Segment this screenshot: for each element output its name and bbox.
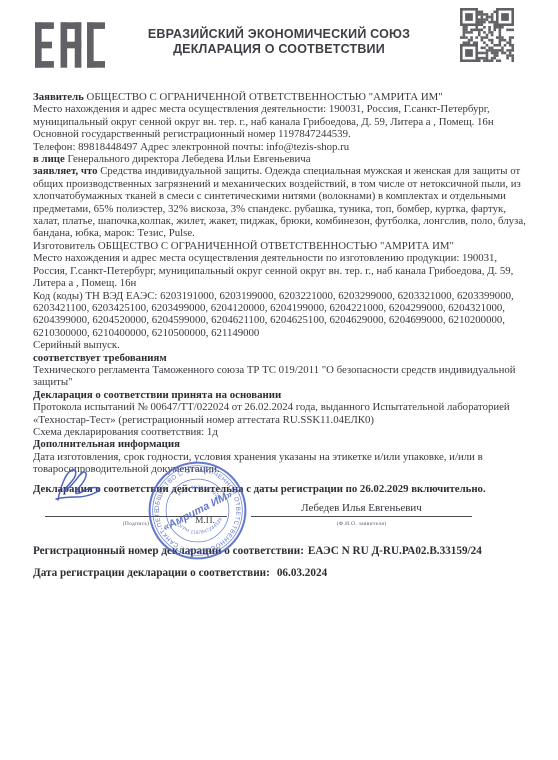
complies-heading: соответствует требованиям	[33, 352, 530, 364]
scheme-line: Схема декларирования соответствия: 1д	[33, 426, 530, 438]
registration-date-value: 06.03.2024	[277, 567, 327, 579]
manufacturer-address: Место нахождения и адрес места осуществл…	[33, 252, 530, 289]
document-title: ДЕКЛАРАЦИЯ О СООТВЕТСТВИИ	[115, 42, 443, 57]
ogrn-line: Основной государственный регистрационный…	[33, 128, 530, 140]
test-protocol-line: Протокола испытаний № 00647/ТТ/022024 от…	[33, 401, 530, 426]
regulation-line: Технического регламента Таможенного союз…	[33, 364, 530, 389]
applicant-label: Заявитель	[33, 91, 84, 103]
declares-label: заявляет, что	[33, 165, 98, 177]
registration-block: Регистрационный номер декларации о соотв…	[33, 545, 530, 579]
applicant-address: Место нахождения и адрес места осуществл…	[33, 103, 530, 128]
manufacturer-line: Изготовитель ОБЩЕСТВО С ОГРАНИЧЕННОЙ ОТВ…	[33, 240, 530, 252]
registration-number-line: Регистрационный номер декларации о соотв…	[33, 545, 530, 557]
registration-number-value: ЕАЭС N RU Д-RU.РА02.В.33159/24	[308, 545, 482, 557]
serial-release-line: Серийный выпуск.	[33, 339, 530, 351]
additional-info-heading: Дополнительная информация	[33, 438, 530, 450]
product-description: заявляет, что Средства индивидуальной за…	[33, 165, 530, 239]
fio-field: Лебедев Илья Евгеньевич (Ф.И.О. заявител…	[251, 502, 472, 531]
qr-code-icon	[460, 8, 514, 67]
declaration-document: ЕВРАЗИЙСКИЙ ЭКОНОМИЧЕСКИЙ СОЮЗ ДЕКЛАРАЦИ…	[0, 0, 558, 760]
eac-mark-icon	[35, 22, 105, 73]
document-header: ЕВРАЗИЙСКИЙ ЭКОНОМИЧЕСКИЙ СОЮЗ ДЕКЛАРАЦИ…	[115, 27, 443, 56]
director-paragraph: в лице Генерального директора Лебедева И…	[33, 153, 530, 165]
handwritten-signature	[46, 466, 124, 508]
tnved-codes: Код (коды) ТН ВЭД ЕАЭС: 6203191000, 6203…	[33, 290, 530, 340]
in-person-label: в лице	[33, 153, 65, 165]
stamp-center-text: «Амрита ИМ»	[161, 488, 234, 533]
contacts-line: Телефон: 89818448497 Адрес электронной п…	[33, 141, 530, 153]
company-stamp: ОБЩЕСТВО С ОГРАНИЧЕННОЙ ОТВЕТСТВЕННОСТЬЮ…	[146, 459, 249, 562]
union-name: ЕВРАЗИЙСКИЙ ЭКОНОМИЧЕСКИЙ СОЮЗ	[115, 27, 443, 42]
applicant-fio: Лебедев Илья Евгеньевич	[251, 502, 472, 516]
basis-heading: Декларация о соответствии принята на осн…	[33, 389, 530, 401]
declaration-body: Заявитель ОБЩЕСТВО С ОГРАНИЧЕННОЙ ОТВЕТС…	[33, 91, 530, 588]
applicant-paragraph: Заявитель ОБЩЕСТВО С ОГРАНИЧЕННОЙ ОТВЕТС…	[33, 91, 530, 103]
registration-date-label: Дата регистрации декларации о соответств…	[33, 567, 270, 579]
fio-caption: (Ф.И.О. заявителя)	[251, 517, 472, 530]
registration-date-line: Дата регистрации декларации о соответств…	[33, 567, 530, 579]
